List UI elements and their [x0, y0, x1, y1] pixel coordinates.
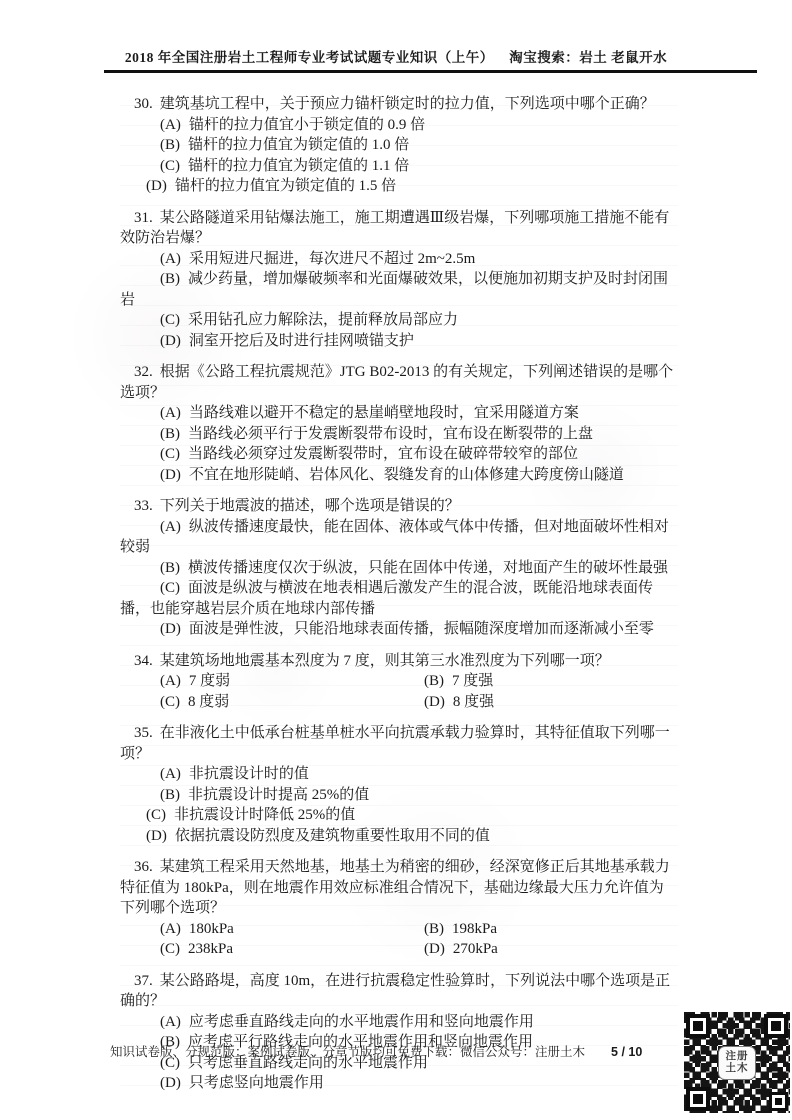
option-label: (A): [160, 519, 181, 535]
option-label: (C): [160, 694, 180, 710]
header-rule: [104, 70, 757, 73]
option-c: (C)8 度弱: [120, 692, 400, 713]
option-text: 非抗震设计时的值: [189, 766, 309, 782]
qr-finder-icon: [769, 1092, 788, 1111]
option-text: 7 度强: [452, 673, 493, 689]
question-30: 30.建筑基坑工程中，关于预应力锚杆锁定时的拉力值，下列选项中哪个正确？ (A)…: [120, 94, 678, 197]
option-text: 锚杆的拉力值宜为锁定值的 1.1 倍: [188, 158, 409, 174]
option-c: (C)当路线必须穿过发震断裂带时，宜布设在破碎带较窄的部位: [120, 444, 678, 465]
option-text: 采用钻孔应力解除法，提前释放局部应力: [188, 312, 458, 328]
option-a: (A)应考虑垂直路线走向的水平地震作用和竖向地震作用: [120, 1012, 678, 1033]
option-label: (D): [424, 694, 445, 710]
question-stem-text: 根据《公路工程抗震规范》JTG B02-2013 的有关规定，下列阐述错误的是哪…: [120, 364, 673, 401]
option-b: (B)当路线必须平行于发震断裂带布设时，宜布设在断裂带的上盘: [120, 424, 678, 445]
question-34: 34.某建筑场地地震基本烈度为 7 度，则其第三水准烈度为下列哪一项？ (A)7…: [120, 651, 678, 713]
option-b: (B)198kPa: [400, 919, 678, 940]
question-31: 31.某公路隧道采用钻爆法施工，施工期遭遇Ⅲ级岩爆，下列哪项施工措施不能有效防治…: [120, 208, 678, 352]
option-a: (A)纵波传播速度最快，能在固体、液体或气体中传播，但对地面破坏性相对较弱: [120, 517, 678, 558]
option-text: 采用短进尺掘进，每次进尺不超过 2m~2.5m: [189, 251, 475, 267]
option-label: (B): [160, 560, 180, 576]
option-d: (D)洞室开挖后及时进行挂网喷锚支护: [120, 331, 678, 352]
option-text: 面波是纵波与横波在地表相遇后激发产生的混合波，既能沿地球表面传播，也能穿越岩层介…: [120, 580, 653, 617]
option-b: (B)7 度强: [400, 671, 678, 692]
qr-label-line1: 注册: [726, 1051, 749, 1063]
option-label: (D): [424, 941, 445, 957]
option-text: 锚杆的拉力值宜为锁定值的 1.5 倍: [175, 178, 396, 194]
option-d: (D)依据抗震设防烈度及建筑物重要性取用不同的值: [120, 826, 678, 847]
option-label: (A): [160, 766, 181, 782]
option-text: 不宜在地形陡峭、岩体风化、裂缝发育的山体修建大跨度傍山隧道: [189, 467, 624, 483]
question-stem: 31.某公路隧道采用钻爆法施工，施工期遭遇Ⅲ级岩爆，下列哪项施工措施不能有效防治…: [120, 208, 678, 249]
question-stem-text: 下列关于地震波的描述，哪个选项是错误的？: [160, 498, 460, 514]
option-c: (C)非抗震设计时降低 25%的值: [120, 805, 678, 826]
option-c: (C)锚杆的拉力值宜为锁定值的 1.1 倍: [120, 156, 678, 177]
question-number: 36.: [134, 859, 153, 875]
option-label: (D): [160, 467, 181, 483]
option-text: 纵波传播速度最快，能在固体、液体或气体中传播，但对地面破坏性相对较弱: [120, 519, 669, 556]
question-number: 37.: [134, 973, 153, 989]
option-label: (C): [160, 580, 180, 596]
option-b: (B)锚杆的拉力值宜为锁定值的 1.0 倍: [120, 135, 678, 156]
qr-finder-icon: [686, 1087, 710, 1111]
option-a: (A)采用短进尺掘进，每次进尺不超过 2m~2.5m: [120, 249, 678, 270]
question-number: 30.: [134, 96, 153, 112]
footer-download-note: 知识试卷版、分规范版：案例试卷版、分章节版均可免费下载：微信公众号：注册土木: [110, 1045, 585, 1059]
option-text: 锚杆的拉力值宜为锁定值的 1.0 倍: [188, 137, 409, 153]
question-stem-text: 某建筑场地地震基本烈度为 7 度，则其第三水准烈度为下列哪一项？: [160, 653, 610, 669]
qr-code: 注册 土木: [684, 1012, 790, 1113]
options-grid: (A)7 度弱 (B)7 度强 (C)8 度弱 (D)8 度强: [120, 671, 678, 712]
option-b: (B)横波传播速度仅次于纵波，只能在固体中传递，对地面产生的破坏性最强: [120, 558, 678, 579]
options-grid: (A)180kPa (B)198kPa (C)238kPa (D)270kPa: [120, 919, 678, 960]
option-label: (A): [160, 405, 181, 421]
option-c: (C)采用钻孔应力解除法，提前释放局部应力: [120, 310, 678, 331]
option-text: 依据抗震设防烈度及建筑物重要性取用不同的值: [175, 828, 490, 844]
question-33: 33.下列关于地震波的描述，哪个选项是错误的？ (A)纵波传播速度最快，能在固体…: [120, 496, 678, 640]
option-a: (A)锚杆的拉力值宜小于锁定值的 0.9 倍: [120, 115, 678, 136]
question-stem-text: 建筑基坑工程中，关于预应力锚杆锁定时的拉力值，下列选项中哪个正确？: [160, 96, 655, 112]
question-number: 34.: [134, 653, 153, 669]
option-d: (D)不宜在地形陡峭、岩体风化、裂缝发育的山体修建大跨度傍山隧道: [120, 465, 678, 486]
option-label: (D): [160, 333, 181, 349]
option-d: (D)只考虑竖向地震作用: [120, 1073, 678, 1094]
page-footer: 知识试卷版、分规范版：案例试卷版、分章节版均可免费下载：微信公众号：注册土木5 …: [110, 1042, 710, 1060]
questions-area: 30.建筑基坑工程中，关于预应力锚杆锁定时的拉力值，下列选项中哪个正确？ (A)…: [120, 88, 678, 1105]
option-label: (D): [160, 1075, 181, 1091]
question-stem: 37.某公路路堤，高度 10m，在进行抗震稳定性验算时，下列说法中哪个选项是正确…: [120, 971, 678, 1012]
option-a: (A)当路线难以避开不稳定的悬崖峭壁地段时，宜采用隧道方案: [120, 403, 678, 424]
page-number: 5 / 10: [611, 1045, 642, 1059]
question-number: 32.: [134, 364, 153, 380]
option-label: (B): [160, 137, 180, 153]
option-label: (B): [160, 787, 180, 803]
question-number: 31.: [134, 210, 153, 226]
option-label: (A): [160, 117, 181, 133]
question-stem-text: 某建筑工程采用天然地基，地基土为稍密的细砂，经深宽修正后其地基承载力特征值为 1…: [120, 859, 670, 916]
question-35: 35.在非液化土中低承台桩基单桩水平向抗震承载力验算时，其特征值取下列哪一项？ …: [120, 723, 678, 846]
option-text: 198kPa: [452, 921, 497, 937]
option-label: (A): [160, 251, 181, 267]
option-text: 8 度弱: [188, 694, 229, 710]
option-text: 只考虑竖向地震作用: [189, 1075, 324, 1091]
option-b: (B)减少药量，增加爆破频率和光面爆破效果，以便施加初期支护及时封闭围岩: [120, 269, 678, 310]
option-a: (A)180kPa: [120, 919, 400, 940]
option-text: 面波是弹性波，只能沿地球表面传播，振幅随深度增加而逐渐减小至零: [189, 621, 654, 637]
question-stem: 32.根据《公路工程抗震规范》JTG B02-2013 的有关规定，下列阐述错误…: [120, 362, 678, 403]
option-d: (D)面波是弹性波，只能沿地球表面传播，振幅随深度增加而逐渐减小至零: [120, 619, 678, 640]
option-a: (A)7 度弱: [120, 671, 400, 692]
page-header-title: 2018 年全国注册岩土工程师专业考试试题专业知识（上午） 淘宝搜索：岩土 老鼠…: [0, 46, 792, 66]
option-text: 减少药量，增加爆破频率和光面爆破效果，以便施加初期支护及时封闭围岩: [120, 271, 668, 308]
qr-finder-icon: [686, 1014, 710, 1038]
question-stem: 33.下列关于地震波的描述，哪个选项是错误的？: [120, 496, 678, 517]
question-stem: 30.建筑基坑工程中，关于预应力锚杆锁定时的拉力值，下列选项中哪个正确？: [120, 94, 678, 115]
option-label: (C): [160, 312, 180, 328]
option-label: (D): [160, 621, 181, 637]
option-text: 180kPa: [189, 921, 234, 937]
option-d: (D)锚杆的拉力值宜为锁定值的 1.5 倍: [120, 176, 678, 197]
option-label: (C): [160, 446, 180, 462]
option-text: 8 度强: [453, 694, 494, 710]
option-text: 当路线必须平行于发震断裂带布设时，宜布设在断裂带的上盘: [188, 426, 593, 442]
question-stem-text: 在非液化土中低承台桩基单桩水平向抗震承载力验算时，其特征值取下列哪一项？: [120, 725, 670, 762]
option-text: 270kPa: [453, 941, 498, 957]
question-stem-text: 某公路路堤，高度 10m，在进行抗震稳定性验算时，下列说法中哪个选项是正确的？: [120, 973, 670, 1010]
option-d: (D)8 度强: [400, 692, 678, 713]
option-label: (C): [146, 807, 166, 823]
option-text: 应考虑垂直路线走向的水平地震作用和竖向地震作用: [189, 1014, 534, 1030]
option-text: 238kPa: [188, 941, 233, 957]
question-number: 33.: [134, 498, 153, 514]
option-text: 锚杆的拉力值宜小于锁定值的 0.9 倍: [189, 117, 425, 133]
option-text: 洞室开挖后及时进行挂网喷锚支护: [189, 333, 414, 349]
option-text: 横波传播速度仅次于纵波，只能在固体中传递，对地面产生的破坏性最强: [188, 560, 668, 576]
option-label: (B): [160, 271, 180, 287]
option-text: 当路线难以避开不稳定的悬崖峭壁地段时，宜采用隧道方案: [189, 405, 579, 421]
option-label: (D): [146, 828, 167, 844]
option-a: (A)非抗震设计时的值: [120, 764, 678, 785]
option-label: (C): [160, 158, 180, 174]
option-c: (C)面波是纵波与横波在地表相遇后激发产生的混合波，既能沿地球表面传播，也能穿越…: [120, 578, 678, 619]
qr-label-line2: 土木: [726, 1063, 749, 1075]
question-36: 36.某建筑工程采用天然地基，地基土为稍密的细砂，经深宽修正后其地基承载力特征值…: [120, 857, 678, 960]
question-stem: 36.某建筑工程采用天然地基，地基土为稍密的细砂，经深宽修正后其地基承载力特征值…: [120, 857, 678, 919]
question-number: 35.: [134, 725, 153, 741]
question-stem: 35.在非液化土中低承台桩基单桩水平向抗震承载力验算时，其特征值取下列哪一项？: [120, 723, 678, 764]
question-stem-text: 某公路隧道采用钻爆法施工，施工期遭遇Ⅲ级岩爆，下列哪项施工措施不能有效防治岩爆？: [120, 210, 669, 247]
option-label: (A): [160, 673, 181, 689]
option-label: (C): [160, 941, 180, 957]
option-label: (A): [160, 921, 181, 937]
question-stem: 34.某建筑场地地震基本烈度为 7 度，则其第三水准烈度为下列哪一项？: [120, 651, 678, 672]
option-label: (A): [160, 1014, 181, 1030]
question-32: 32.根据《公路工程抗震规范》JTG B02-2013 的有关规定，下列阐述错误…: [120, 362, 678, 485]
qr-finder-icon: [764, 1014, 788, 1038]
option-text: 7 度弱: [189, 673, 230, 689]
option-label: (B): [160, 426, 180, 442]
option-d: (D)270kPa: [400, 939, 678, 960]
exam-page: 2018 年全国注册岩土工程师专业考试试题专业知识（上午） 淘宝搜索：岩土 老鼠…: [0, 0, 792, 1120]
option-c: (C)238kPa: [120, 939, 400, 960]
option-label: (D): [146, 178, 167, 194]
option-b: (B)非抗震设计时提高 25%的值: [120, 785, 678, 806]
qr-center-label: 注册 土木: [718, 1046, 756, 1080]
option-text: 非抗震设计时提高 25%的值: [188, 787, 369, 803]
option-label: (B): [424, 921, 444, 937]
option-text: 当路线必须穿过发震断裂带时，宜布设在破碎带较窄的部位: [188, 446, 578, 462]
question-37: 37.某公路路堤，高度 10m，在进行抗震稳定性验算时，下列说法中哪个选项是正确…: [120, 971, 678, 1094]
option-text: 非抗震设计时降低 25%的值: [174, 807, 355, 823]
option-label: (B): [424, 673, 444, 689]
